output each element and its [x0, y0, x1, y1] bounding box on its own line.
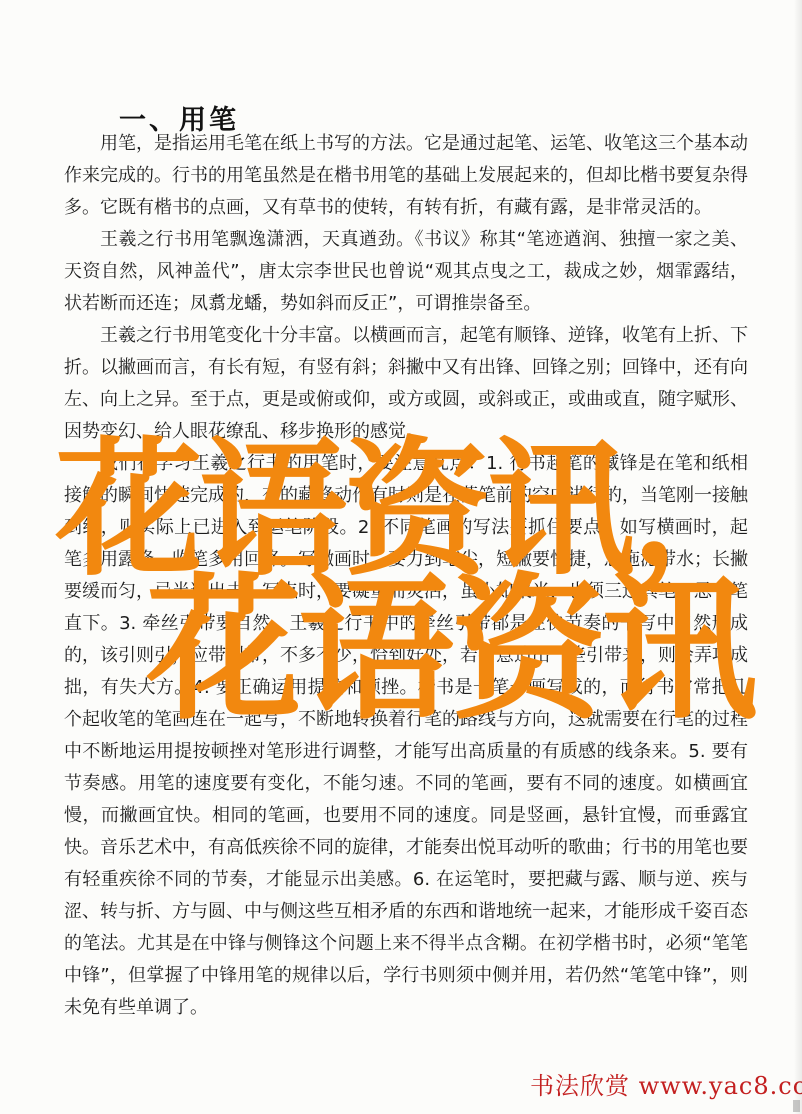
footer-site-url: www.yac8.com	[639, 1072, 802, 1100]
paragraph: 用笔，是指运用毛笔在纸上书写的方法。它是通过起笔、运笔、收笔这三个基本动作来完成…	[64, 128, 748, 224]
footer-site-name: 书法欣赏	[530, 1072, 630, 1100]
scanned-document-page: 一、用笔 用笔，是指运用毛笔在纸上书写的方法。它是通过起笔、运笔、收笔这三个基本…	[0, 0, 802, 1114]
paragraph: 王羲之行书用笔飘逸潇洒，天真遒劲。《书议》称其“笔迹遒润、独擅一家之美、天资自然…	[64, 224, 748, 320]
paragraph: 我们在学习王羲之行书的用笔时，要注意几点：1. 行书起笔的藏锋是在笔和纸相接触的…	[64, 448, 748, 1024]
scan-corner-artifact	[793, 1100, 800, 1112]
body-text: 用笔，是指运用毛笔在纸上书写的方法。它是通过起笔、运笔、收笔这三个基本动作来完成…	[64, 128, 748, 1024]
scan-edge-shading	[794, 0, 802, 1114]
footer-credit: 书法欣赏 www.yac8.com	[530, 1066, 802, 1101]
paragraph: 王羲之行书用笔变化十分丰富。以横画而言，起笔有顺锋、逆锋，收笔有上折、下折。以撇…	[64, 320, 748, 448]
